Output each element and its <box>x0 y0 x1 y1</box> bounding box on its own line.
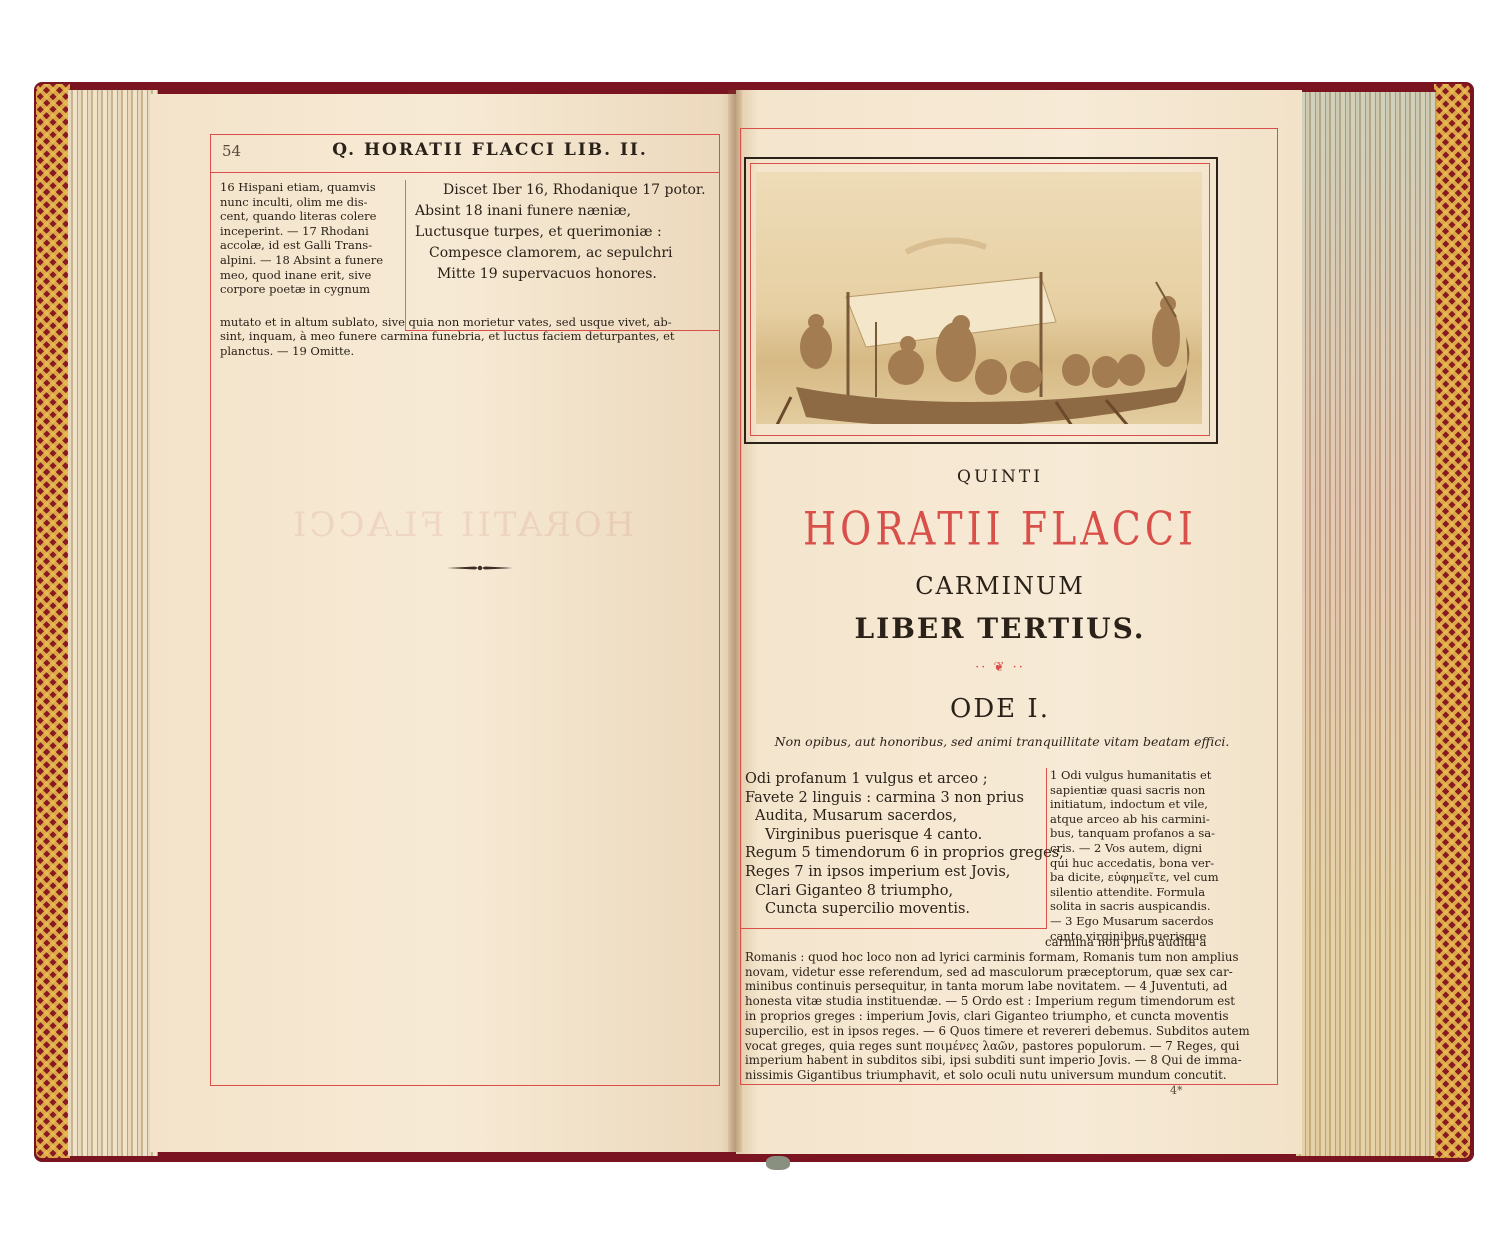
note-line: cent, quando literas colere <box>220 209 405 224</box>
gilt-border-left <box>36 84 70 1158</box>
note-line: alpini. — 18 Absint a funere <box>220 253 405 268</box>
note-line: carmina non prius audita a <box>745 935 1250 950</box>
note-line: nissimis Gigantibus triumphavit, et solo… <box>745 1068 1250 1083</box>
boat-illustration <box>756 172 1202 424</box>
page-edges-right-marbled <box>1296 92 1436 1156</box>
note-line: honesta vitæ studia instituendæ. — 5 Ord… <box>745 994 1250 1009</box>
header-rule <box>210 172 720 173</box>
note-line: Romanis : quod hoc loco non ad lyrici ca… <box>745 950 1250 965</box>
running-head: Q. HORATII FLACCI LIB. II. <box>330 140 650 160</box>
footnotes-continued: mutato et in altum sublato, sive quia no… <box>220 300 720 358</box>
note-line: planctus. — 19 Omitte. <box>220 344 720 359</box>
ode-verse-block: Odi profanum 1 vulgus et arceo ; Favete … <box>745 770 1035 919</box>
verse-line: Mitte 19 supervacuos honores. <box>415 264 715 285</box>
verse-line: Absint 18 inani funere næniæ, <box>415 201 715 222</box>
verse-line: Discet Iber 16, Rhodanique 17 potor. <box>415 180 715 201</box>
note-line: ba dicite, εὐφημεῖτε, vel cum <box>1050 870 1248 885</box>
show-through-text: HORATII FLACCI <box>290 505 634 545</box>
boat-scene-icon <box>756 172 1202 424</box>
tail-piece-icon <box>445 562 515 574</box>
fleuron-icon: ·· ❦ ·· <box>920 660 1080 675</box>
title-liber-tertius: LIBER TERTIUS. <box>760 612 1240 645</box>
note-line: meo, quod inane erit, sive <box>220 268 405 283</box>
verse-line: Cuncta supercilio moventis. <box>745 900 1035 919</box>
note-line: corpore poetæ in cygnum <box>220 282 405 297</box>
side-footnotes: 1 Odi vulgus humanitatis et sapientiæ qu… <box>1050 768 1248 943</box>
note-line: qui huc accedatis, bona ver- <box>1050 856 1248 871</box>
verse-line: Regum 5 timendorum 6 in proprios greges, <box>745 844 1035 863</box>
note-line: nunc inculti, olim me dis- <box>220 195 405 210</box>
note-line: vocat greges, quia reges sunt ποιμένες λ… <box>745 1039 1250 1054</box>
verse-line: Virginibus puerisque 4 canto. <box>745 826 1035 845</box>
signature-mark: 4* <box>1170 1084 1183 1097</box>
verse-line: Luctusque turpes, et querimoniæ : <box>415 222 715 243</box>
verse-line: Compesce clamorem, ac sepulchri <box>415 243 715 264</box>
note-line: 1 Odi vulgus humanitatis et <box>1050 768 1248 783</box>
verse-line: Odi profanum 1 vulgus et arceo ; <box>745 770 1035 789</box>
page-edges-left <box>68 90 158 1156</box>
note-line: sapientiæ quasi sacris non <box>1050 783 1248 798</box>
note-line: cris. — 2 Vos autem, digni <box>1050 841 1248 856</box>
note-line: atque arceo ab his carmini- <box>1050 812 1248 827</box>
note-line: bus, tanquam profanos a sa- <box>1050 826 1248 841</box>
bottom-footnotes: carmina non prius audita a Romanis : quo… <box>745 935 1250 1083</box>
note-line: novam, videtur esse referendum, sed ad m… <box>745 965 1250 980</box>
note-line: 16 Hispani etiam, quamvis <box>220 180 405 195</box>
ode-heading: ODE I. <box>760 694 1240 724</box>
note-line: supercilio, est in ipsos reges. — 6 Quos… <box>745 1024 1250 1039</box>
note-line: minibus continuis persequitur, in tanta … <box>745 979 1250 994</box>
note-line: inceperint. — 17 Rhodani <box>220 224 405 239</box>
footnotes-column: 16 Hispani etiam, quamvis nunc inculti, … <box>220 180 405 297</box>
page-number: 54 <box>222 142 241 160</box>
bookmark-ribbon[interactable] <box>766 1156 790 1170</box>
note-line: sint, inquam, à meo funere carmina funeb… <box>220 329 720 344</box>
title-quinti: QUINTI <box>760 467 1240 487</box>
note-line: — 3 Ego Musarum sacerdos <box>1050 914 1248 929</box>
verse-line: Reges 7 in ipsos imperium est Jovis, <box>745 863 1035 882</box>
note-line: accolæ, id est Galli Trans- <box>220 238 405 253</box>
title-carminum: CARMINUM <box>760 572 1240 600</box>
ode-argument: Non opibus, aut honoribus, sed animi tra… <box>762 734 1242 749</box>
note-line: in proprios greges : imperium Jovis, cla… <box>745 1009 1250 1024</box>
gilt-border-right <box>1434 84 1470 1158</box>
verse-line: Clari Giganteo 8 triumpho, <box>745 882 1035 901</box>
verse-line: Favete 2 linguis : carmina 3 non prius <box>745 789 1035 808</box>
title-horatii-flacci: HORATII FLACCI <box>760 503 1240 556</box>
note-line: initiatum, indoctum et vile, <box>1050 797 1248 812</box>
verse-line: Audita, Musarum sacerdos, <box>745 807 1035 826</box>
note-line: silentio attendite. Formula <box>1050 885 1248 900</box>
verse-block: Discet Iber 16, Rhodanique 17 potor. Abs… <box>415 180 715 285</box>
note-line: solita in sacris auspicandis. <box>1050 899 1248 914</box>
note-line: imperium habent in subditos sibi, ipsi s… <box>745 1053 1250 1068</box>
note-line: mutato et in altum sublato, sive quia no… <box>220 315 720 330</box>
